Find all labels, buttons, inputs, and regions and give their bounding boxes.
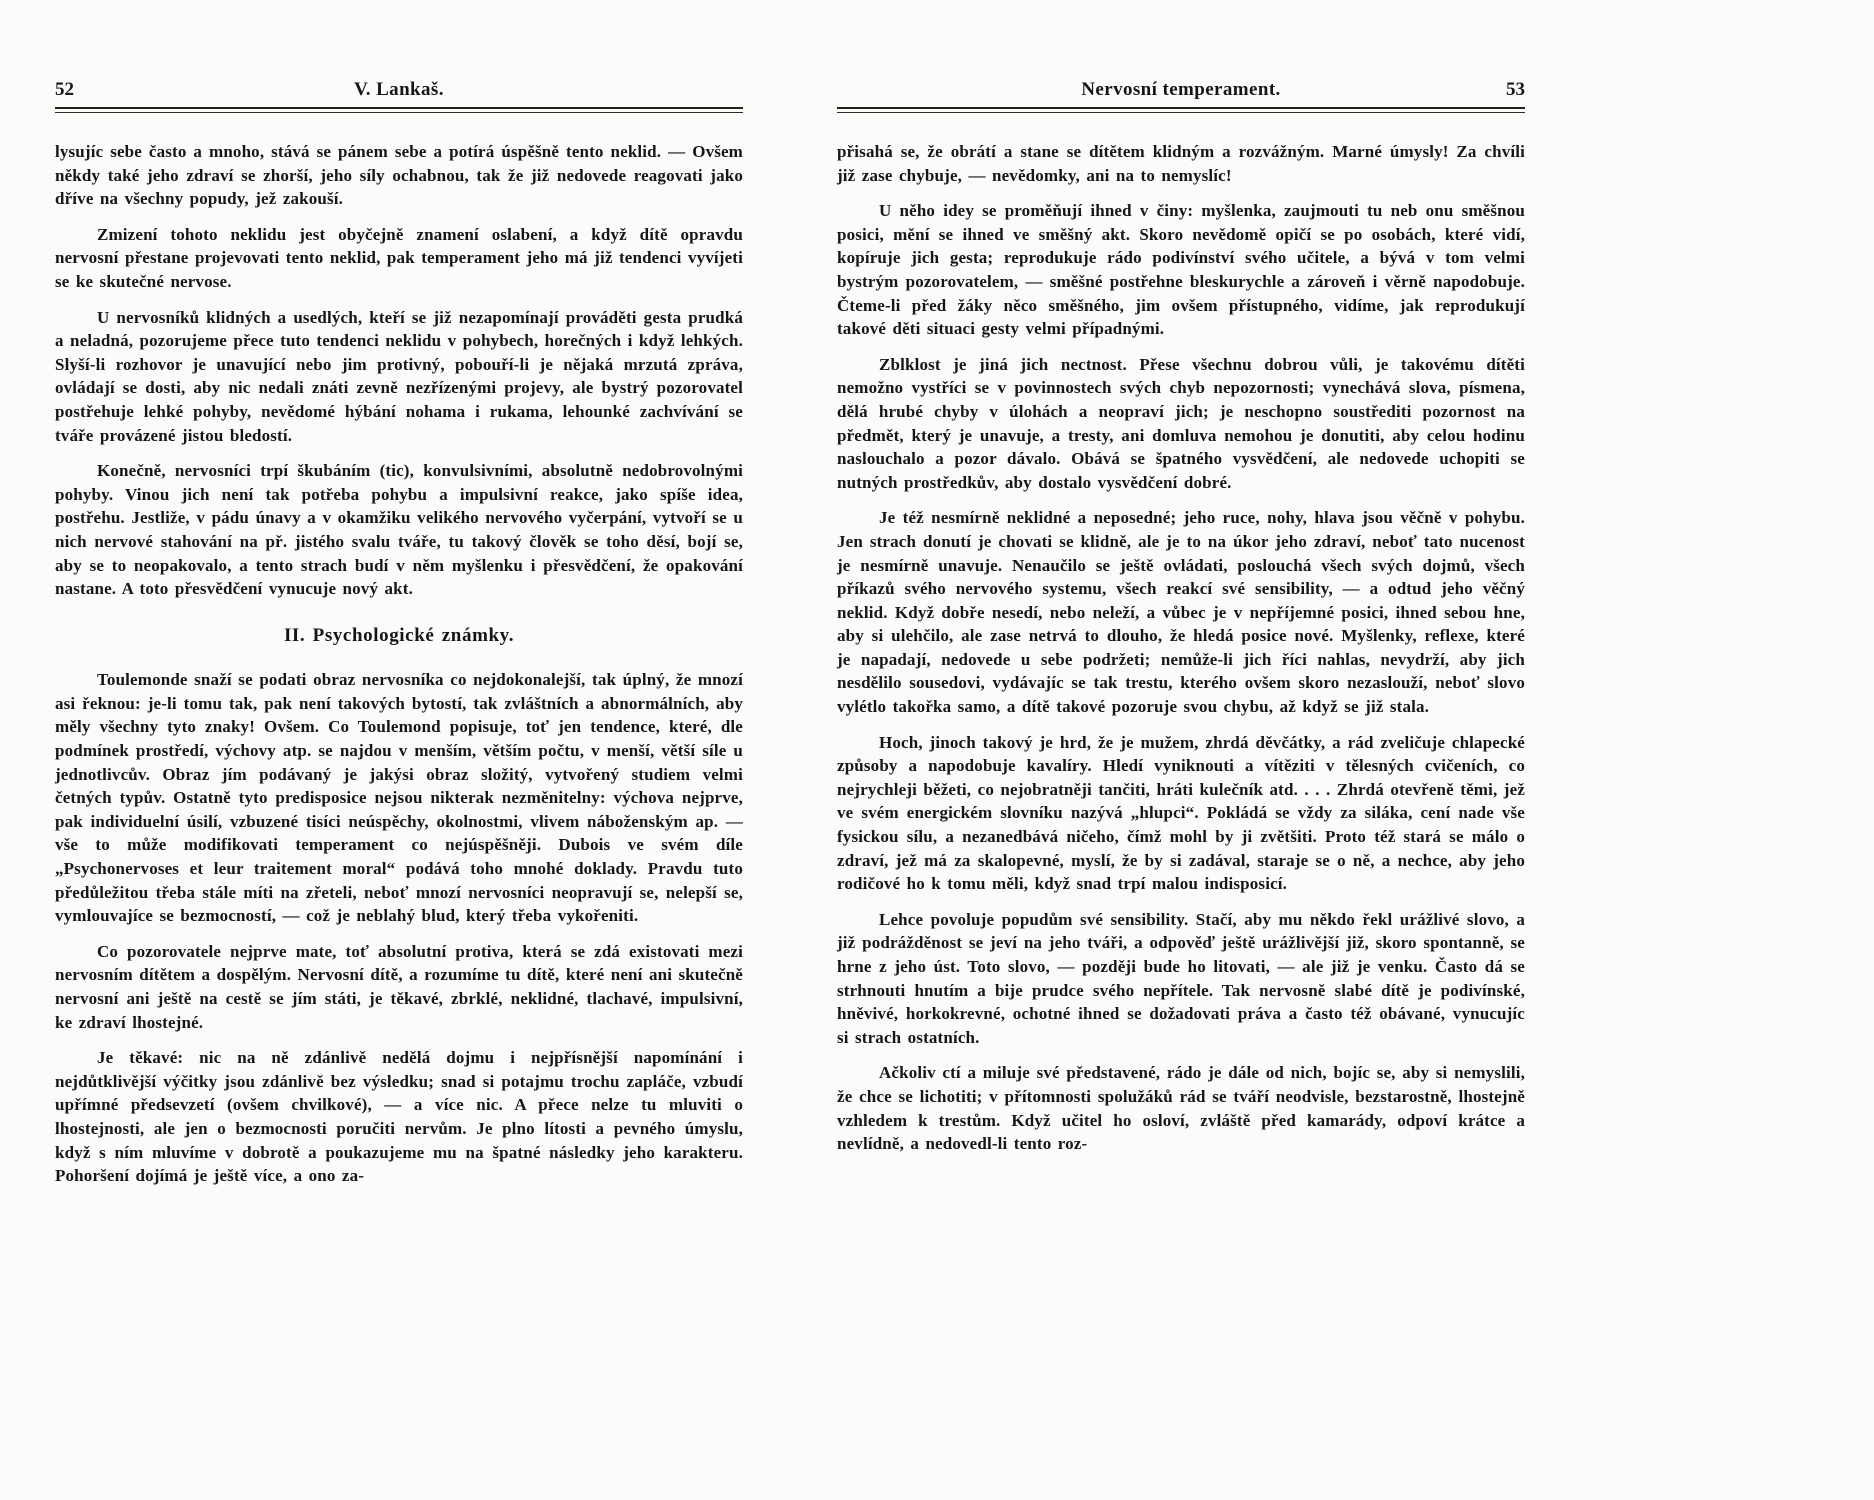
header-rule-right <box>837 107 1525 113</box>
section-heading: II. Psychologické známky. <box>55 624 743 648</box>
paragraph: Lehce povoluje popudům své sensibility. … <box>837 908 1525 1050</box>
page-right-header: 53 Nervosní temperament. <box>837 76 1525 103</box>
book-spread: 52 V. Lankaš. lysujíc sebe často a mnoho… <box>0 0 1874 1500</box>
page-number-left: 52 <box>55 76 74 103</box>
page-right-body: přisahá se, že obrátí a stane se dítětem… <box>837 140 1525 1156</box>
paragraph: Zmizení tohoto neklidu jest obyčejně zna… <box>55 223 743 294</box>
paragraph: lysujíc sebe často a mnoho, stává se pán… <box>55 140 743 211</box>
paragraph: Toulemonde snaží se podati obraz nervosn… <box>55 668 743 928</box>
paragraph: Co pozorovatele nejprve mate, toť absolu… <box>55 940 743 1034</box>
page-right: 53 Nervosní temperament. přisahá se, že … <box>837 76 1525 1168</box>
page-left: 52 V. Lankaš. lysujíc sebe často a mnoho… <box>55 76 743 1200</box>
paragraph: Konečně, nervosníci trpí škubáním (tic),… <box>55 459 743 601</box>
running-title-left: V. Lankaš. <box>55 76 743 103</box>
paragraph: Je těkavé: nic na ně zdánlivě nedělá doj… <box>55 1046 743 1188</box>
running-title-right: Nervosní temperament. <box>837 76 1525 103</box>
page-left-header: 52 V. Lankaš. <box>55 76 743 103</box>
header-rule-left <box>55 107 743 113</box>
paragraph: přisahá se, že obrátí a stane se dítětem… <box>837 140 1525 187</box>
page-number-right: 53 <box>1506 76 1525 103</box>
paragraph: Hoch, jinoch takový je hrd, že je mužem,… <box>837 731 1525 896</box>
paragraph: U něho idey se proměňují ihned v činy: m… <box>837 199 1525 341</box>
page-left-body: lysujíc sebe často a mnoho, stává se pán… <box>55 140 743 1188</box>
paragraph: Zblklost je jiná jich nectnost. Přese vš… <box>837 353 1525 495</box>
paragraph: Je též nesmírně neklidné a neposedné; je… <box>837 506 1525 718</box>
paragraph: U nervosníků klidných a usedlých, kteří … <box>55 306 743 448</box>
paragraph: Ačkoliv ctí a miluje své představené, rá… <box>837 1061 1525 1155</box>
